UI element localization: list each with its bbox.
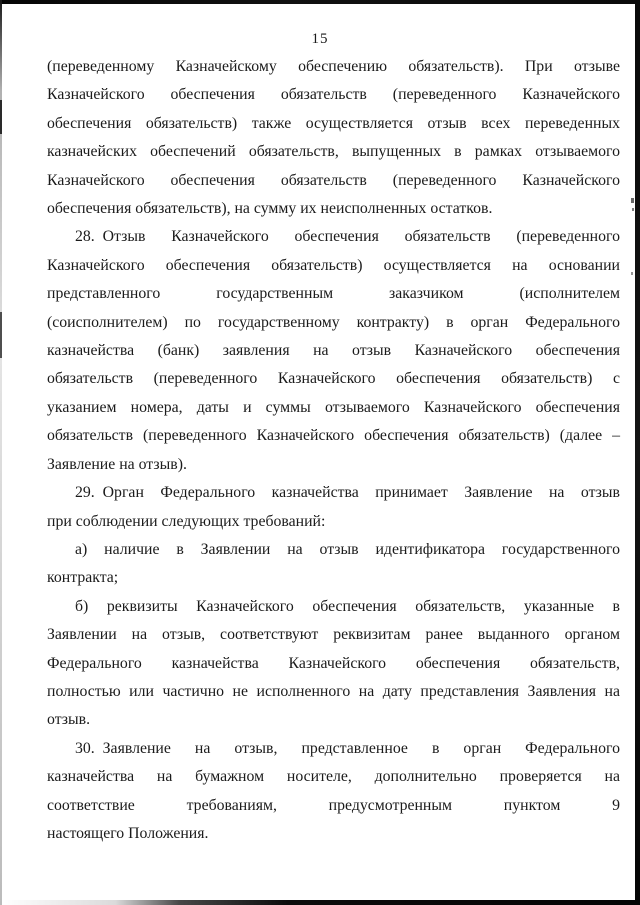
scan-edge-top: [0, 0, 640, 4]
scan-speck: [0, 100, 2, 134]
document-page: 15 (переведенному Казначейскому обеспече…: [0, 0, 640, 905]
paragraph: 30. Заявление на отзыв, представленное в…: [47, 735, 620, 849]
text-line: при соблюдении следующих требований:: [47, 508, 620, 536]
scan-speck: [0, 312, 2, 358]
text-line: казначейства (банк) заявления на отзыв К…: [47, 337, 620, 365]
text-line: соответствие требованиям, предусмотренны…: [47, 792, 620, 820]
text-line: отзыв.: [47, 706, 620, 734]
scan-speck: [632, 208, 634, 211]
text-line: б) реквизиты Казначейского обеспечения о…: [47, 593, 620, 621]
scan-speck: [631, 272, 633, 275]
text-line: обеспечения обязательств) также осуществ…: [47, 110, 620, 138]
paragraph: б) реквизиты Казначейского обеспечения о…: [47, 593, 620, 735]
text-line: Казначейского обеспечения обязательств (…: [47, 81, 620, 109]
text-line: указанием номера, даты и суммы отзываемо…: [47, 394, 620, 422]
text-line: полностью или частично не исполненного н…: [47, 678, 620, 706]
text-line: 29. Орган Федерального казначейства прин…: [47, 479, 620, 507]
text-line: 30. Заявление на отзыв, представленное в…: [47, 735, 620, 763]
paragraph: 29. Орган Федерального казначейства прин…: [47, 479, 620, 536]
text-line: представленного государственным заказчик…: [47, 280, 620, 308]
text-line: 28. Отзыв Казначейского обеспечения обяз…: [47, 223, 620, 251]
text-line: казначейских обеспечений обязательств, в…: [47, 138, 620, 166]
paragraph: (переведенному Казначейскому обеспечению…: [47, 53, 620, 223]
document-body: (переведенному Казначейскому обеспечению…: [47, 53, 620, 848]
page-number: 15: [0, 31, 640, 47]
scan-edge-bottom: [0, 900, 640, 905]
scan-edge-right: [635, 0, 640, 905]
text-line: Федерального казначейства Казначейского …: [47, 650, 620, 678]
text-line: обязательств (переведенного Казначейског…: [47, 422, 620, 450]
paragraph: а) наличие в Заявлении на отзыв идентифи…: [47, 536, 620, 593]
text-line: (переведенному Казначейскому обеспечению…: [47, 53, 620, 81]
text-line: Заявлении на отзыв, соответствуют реквиз…: [47, 621, 620, 649]
text-line: (соисполнителем) по государственному кон…: [47, 309, 620, 337]
text-line: казначейства на бумажном носителе, допол…: [47, 763, 620, 791]
text-line: обеспечения обязательств), на сумму их н…: [47, 195, 620, 223]
text-line: обязательств (переведенного Казначейског…: [47, 365, 620, 393]
paragraph: 28. Отзыв Казначейского обеспечения обяз…: [47, 223, 620, 479]
text-line: Казначейского обеспечения обязательств) …: [47, 252, 620, 280]
text-line: контракта;: [47, 564, 620, 592]
text-line: а) наличие в Заявлении на отзыв идентифи…: [47, 536, 620, 564]
text-line: Казначейского обеспечения обязательств (…: [47, 167, 620, 195]
text-line: Заявление на отзыв).: [47, 451, 620, 479]
text-line: настоящего Положения.: [47, 820, 620, 848]
scan-edge-left: [0, 0, 2, 905]
scan-speck: [631, 198, 634, 203]
